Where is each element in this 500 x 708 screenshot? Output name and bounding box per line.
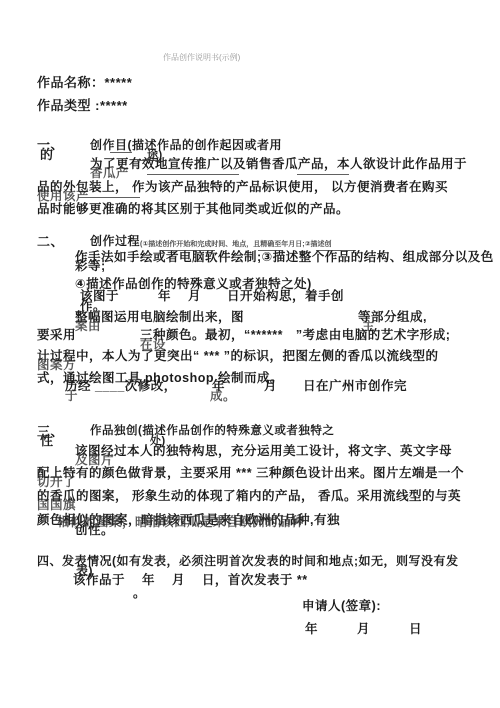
- sec2-body-3a: 要采用: [37, 329, 76, 342]
- underline-mark: [110, 152, 132, 153]
- sec3-body-1: 该图经过本人的独特构思，充分运用美工设计，将文字、英文字母: [75, 445, 452, 458]
- sec1-body-2: 品的外包装上， 作为该产品独特的产品标识使用， 以方便消费者在购买: [37, 181, 448, 194]
- sec2-annot-2-wrap: 彩等;: [75, 260, 106, 273]
- sec1-title: 创作目(描述作品的创作起因或者用: [90, 139, 282, 152]
- underline-mark: [297, 174, 349, 175]
- sec2-body-4: 计过程中，本人为了更突出“ *** ”的标识，把图左侧的香瓜以流线型的: [37, 350, 439, 363]
- sec3-title: 作品独创(描述作品创作的特殊意义或者独特之: [90, 425, 334, 437]
- sec3-body-2-ghost: 切开了: [37, 476, 76, 489]
- field-type: 作品类型 :*****: [37, 99, 128, 113]
- doc-title: 作品创作说明书(示例): [163, 54, 240, 62]
- underline-mark: [147, 174, 239, 175]
- underline-mark: [160, 250, 215, 251]
- sec2-num: 二、: [37, 235, 64, 249]
- underline-mark: [316, 250, 356, 251]
- underline-mark: [258, 250, 283, 251]
- sec1-body-1-ghost: 香瓜产: [90, 167, 129, 180]
- signature-date: 年 月 日: [305, 623, 422, 636]
- sec1-num-wrap: 的: [40, 148, 54, 162]
- sec1-body-3: 品时能够更准确的将其区别于其他同类或近似的产品。: [37, 203, 349, 216]
- sec2-annot-2: 作手法如手绘或者电脑软件绘制;③描述整个作品的结构、组成部分以及色: [75, 251, 494, 264]
- sec3-body-3: 的香瓜的图案， 形象生动的体现了箱内的产品， 香瓜。采用流线型的与英: [37, 490, 461, 503]
- sec2-body-6-ghost2: 成。: [210, 390, 236, 403]
- sec2-body-2-ghost: 案由: [75, 320, 101, 333]
- sec2-body-6b: 年 月 日在广州市创作完: [212, 380, 407, 393]
- sec3-body-3-ghost: 国国旗: [37, 499, 76, 512]
- sec4-body-1-wrap: 。: [133, 587, 146, 600]
- sec3-body-2: 配上特有的颜色做背景，主要采用 *** 三种颜色设计出来。图片左端是一个: [37, 467, 464, 480]
- sec3-num-wrap: 性: [40, 434, 54, 448]
- field-name: 作品名称：*****: [37, 76, 132, 90]
- underline-mark: [78, 197, 140, 198]
- sec2-body-6-ghost: 于: [65, 390, 78, 403]
- sec2-body-6a: 历经 ____次修改，: [65, 380, 177, 393]
- sec4-body-1: 该作品于 年 月 日，首次发表于 **: [73, 574, 308, 587]
- sec2-body-1: 该图于 年 月 日开始构思，着手创: [80, 290, 344, 303]
- sec2-annot: (①描述创作开始和完成时间、地点，且精确至年月日;②描述创: [140, 241, 332, 248]
- sec3-body-4-wrap: 创性。: [75, 524, 114, 537]
- document-page: 作品创作说明书(示例)作品名称：*****作品类型 :*****一、的创作目(描…: [0, 0, 500, 708]
- sec4-heading: 四、发表情况(如有发表，必须注明首次发表的时间和地点;如无，则写没有发: [37, 555, 459, 568]
- sec2-body-3b: 三种颜色。最初，“****** ”考虑由电脑的艺术字形成;: [140, 329, 450, 342]
- underline-mark: [137, 160, 159, 161]
- sec2-title: 创作过程: [90, 235, 140, 248]
- signature-label: 申请人(签章):: [302, 600, 381, 613]
